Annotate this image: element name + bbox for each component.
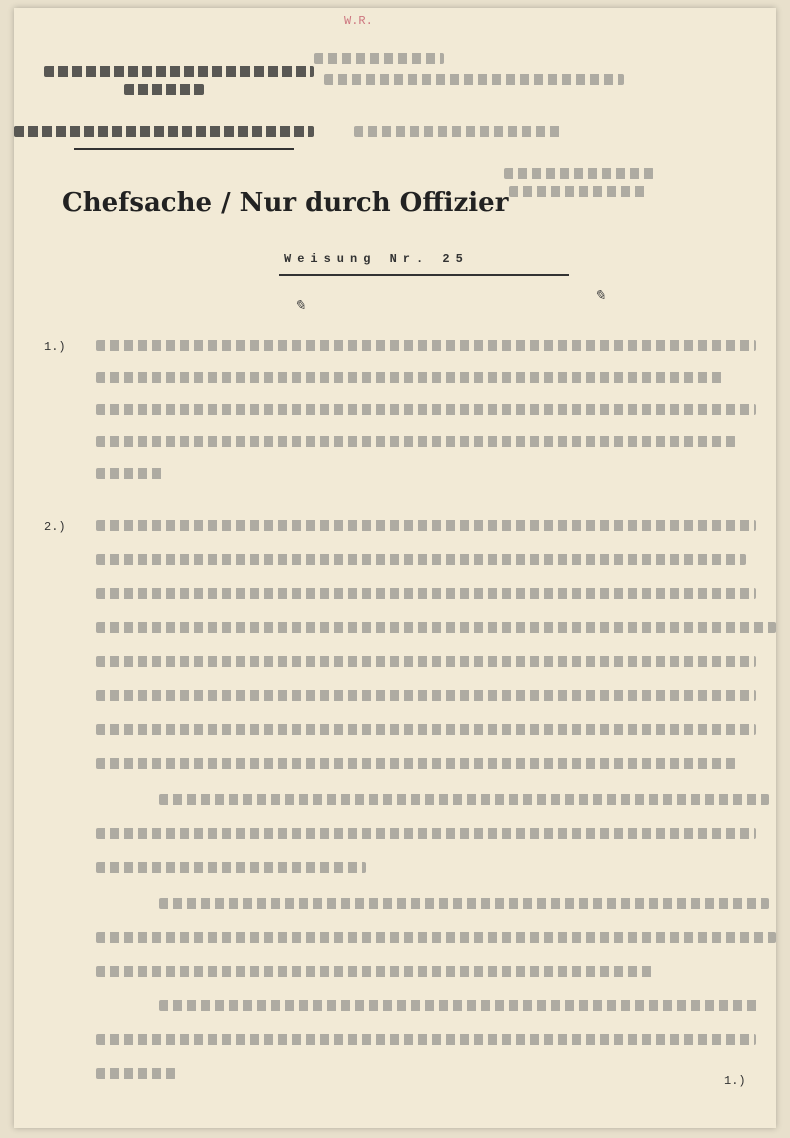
divider (74, 148, 294, 150)
page-marker: 1.) (724, 1074, 746, 1088)
stamp-line (314, 53, 444, 64)
section-number: 1.) (44, 340, 66, 354)
text-line (159, 898, 769, 909)
text-line (96, 966, 656, 977)
text-line (96, 758, 736, 769)
text-line (96, 1034, 756, 1045)
text-line (96, 436, 736, 447)
reference-line (14, 126, 314, 137)
distribution-line (504, 168, 654, 179)
text-line (159, 794, 769, 805)
handwritten-initials: ✎ (594, 288, 606, 305)
handwritten-initials: ✎ (294, 298, 306, 315)
classification-stamp: Chefsache / Nur durch Offizier (62, 188, 508, 218)
text-line (96, 554, 746, 565)
letterhead-line (124, 84, 204, 95)
date-line (324, 74, 624, 85)
directive-title: Weisung Nr. 25 (284, 252, 469, 266)
text-line (96, 724, 756, 735)
distribution-line (509, 186, 649, 197)
text-line (96, 520, 756, 531)
text-line (96, 690, 756, 701)
text-line (96, 1068, 176, 1079)
text-line (96, 622, 776, 633)
text-line (96, 588, 756, 599)
text-line (96, 862, 366, 873)
section-number: 2.) (44, 520, 66, 534)
title-underline (279, 274, 569, 276)
text-line (96, 372, 726, 383)
document-page: W.R. Chefsache / Nur durch Offizier Weis… (14, 8, 776, 1128)
received-stamp: W.R. (344, 14, 373, 28)
text-line (96, 932, 776, 943)
text-line (96, 340, 756, 351)
text-line (96, 468, 166, 479)
letterhead-line (44, 66, 314, 77)
text-line (96, 656, 756, 667)
text-line (159, 1000, 759, 1011)
reference-line (354, 126, 564, 137)
text-line (96, 828, 756, 839)
text-line (96, 404, 756, 415)
